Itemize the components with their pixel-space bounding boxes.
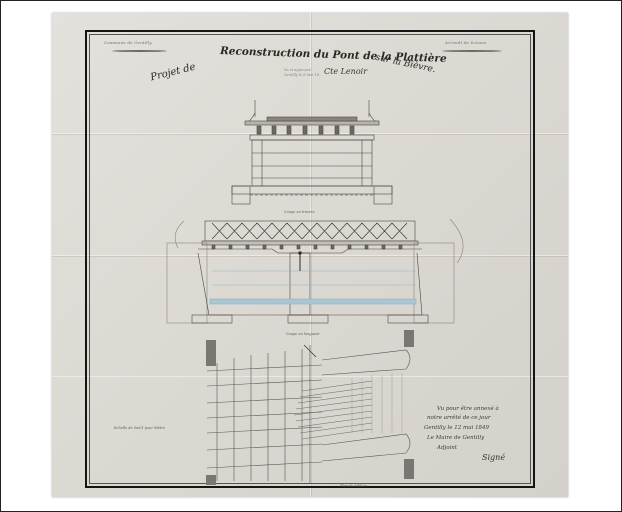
annotation-line-1: Vu pour être annexé à <box>437 405 499 414</box>
annotation-line-4: Le Maire de Gentilly <box>427 434 484 443</box>
annotation-line-2: notre arrêté de ce jour <box>427 414 491 423</box>
annotation-signature: Signé <box>482 453 505 462</box>
elevation-caption: Coupe en travers <box>284 210 315 214</box>
plan-caption: Plan du tablier <box>340 484 366 488</box>
elevation-view <box>232 100 392 204</box>
annotation-line-3: Gentilly le 12 mai 1849 <box>424 424 489 433</box>
scale-note: Echelle de 0m01 pour Mètre <box>114 426 165 430</box>
bridge-drawings <box>52 13 568 497</box>
annotation-line-5: Adjoint <box>437 444 457 453</box>
section-caption: Coupe en longueur <box>286 332 320 336</box>
longitudinal-section <box>167 219 463 323</box>
drawing-sheet: Commune de Gentilly Arrondt de Sceaux Pr… <box>52 13 568 497</box>
deck-plan <box>206 330 414 485</box>
